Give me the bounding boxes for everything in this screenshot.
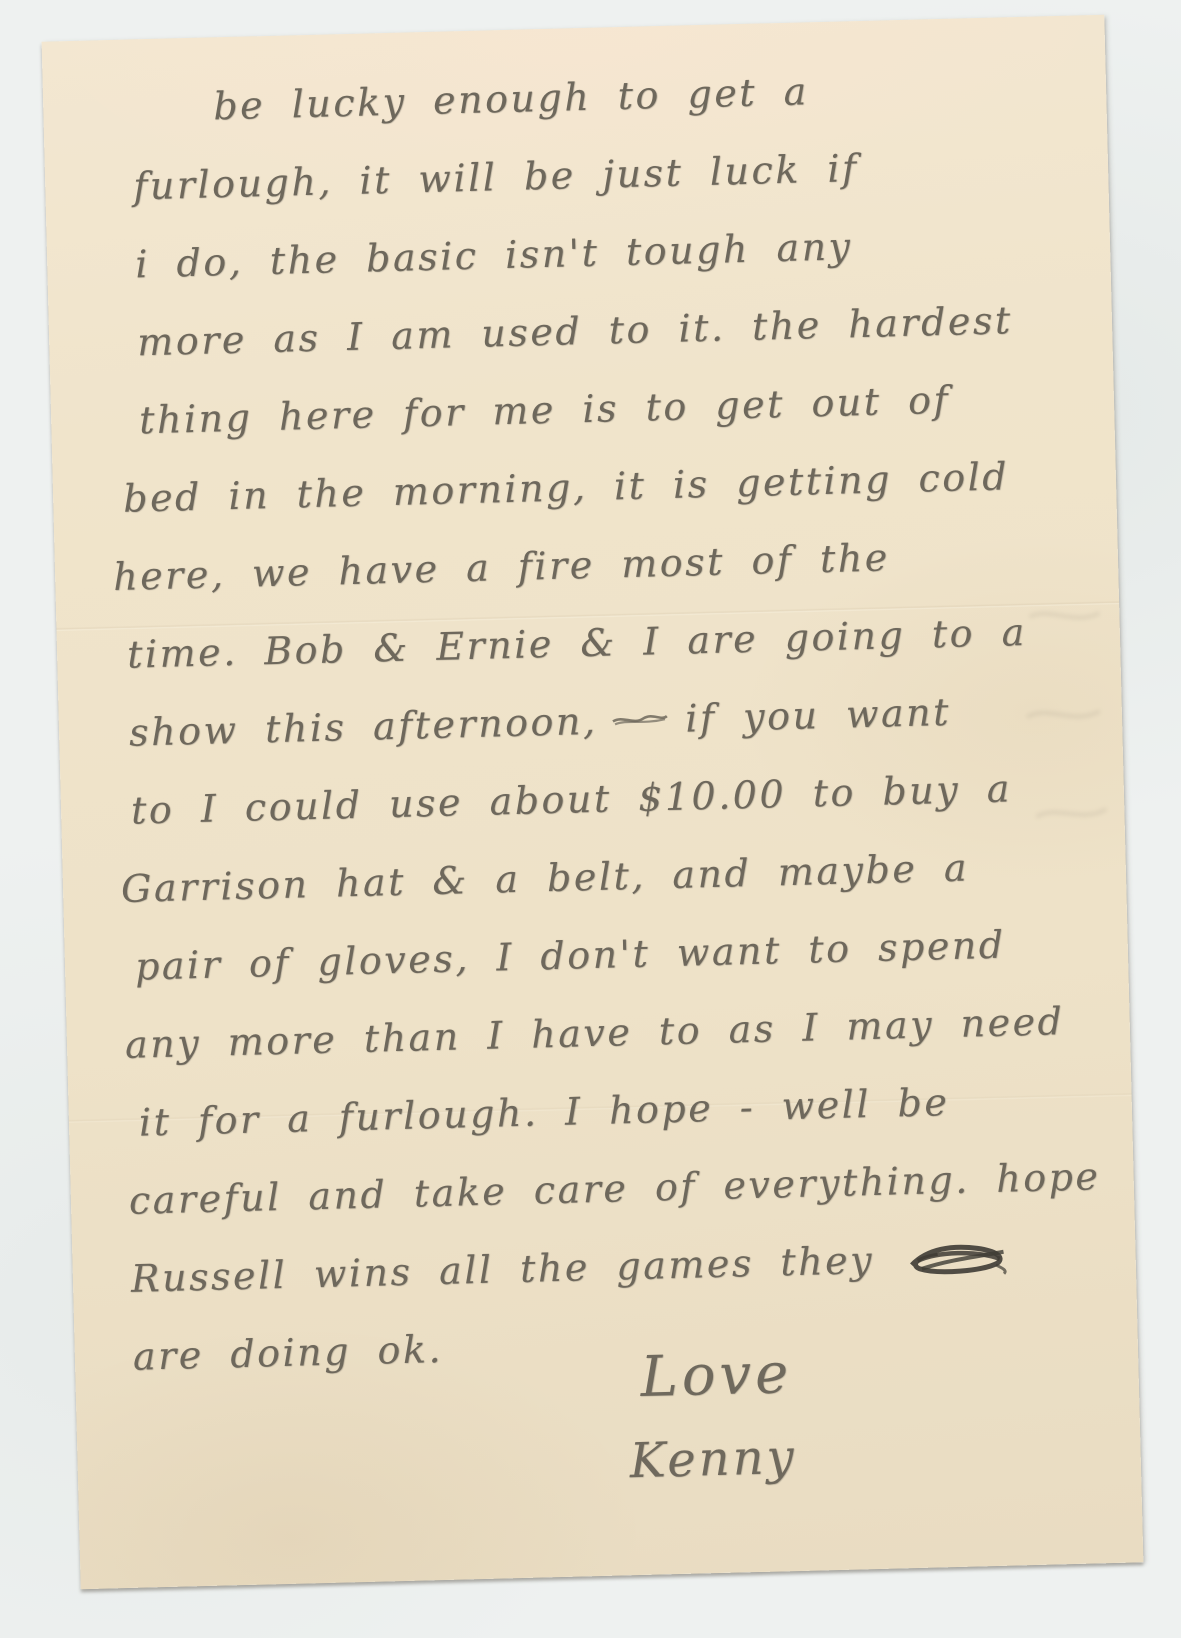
letter-line-text: if you want [685, 690, 952, 741]
letter-line-text: pair of gloves, I don't want to spend [134, 923, 1006, 989]
letter-line-text: furlough, it will be just luck if [133, 146, 859, 208]
letter-line-text: be lucky enough to get a [213, 69, 810, 128]
scribbled-out-word-heavy [908, 1240, 1009, 1277]
scanner-background: be lucky enough to get a furlough, it wi… [0, 0, 1181, 1638]
letter-line-text: to I could use about $10.00 to buy a [131, 766, 1013, 832]
letter-line-text: time. Bob & Ernie & I are going to a [127, 610, 1028, 677]
letter-line-text: Russell wins all the games they [130, 1238, 874, 1301]
letter-line-text: show this afternoon, [129, 699, 598, 755]
letter-line-text: careful and take care of everything. hop… [128, 1154, 1101, 1223]
letter-line-text: it for a furlough. I hope - well be [138, 1080, 949, 1144]
letter-line-text: any more than I have to as I may need [124, 999, 1064, 1067]
letter-line-text: are doing ok. [132, 1327, 443, 1379]
letter-paper: be lucky enough to get a furlough, it wi… [42, 15, 1144, 1589]
letter-line-text: Garrison hat & a belt, and maybe a [120, 846, 969, 911]
letter-signature: Kenny [629, 1429, 797, 1489]
letter-line-text: bed in the morning, it is getting cold [123, 454, 1010, 520]
letter-body: be lucky enough to get a furlough, it wi… [100, 45, 1120, 1396]
letter-line-text: i do, the basic isn't tough any [135, 224, 853, 286]
scribbled-out-word-light [611, 711, 669, 728]
letter-line-text: here, we have a fire most of the [113, 535, 891, 599]
letter-line-text: more as I am used to it. the hardest [137, 298, 1013, 364]
letter-line-text: thing here for me is to get out of [139, 378, 951, 443]
letter-closing: Love [640, 1341, 793, 1410]
